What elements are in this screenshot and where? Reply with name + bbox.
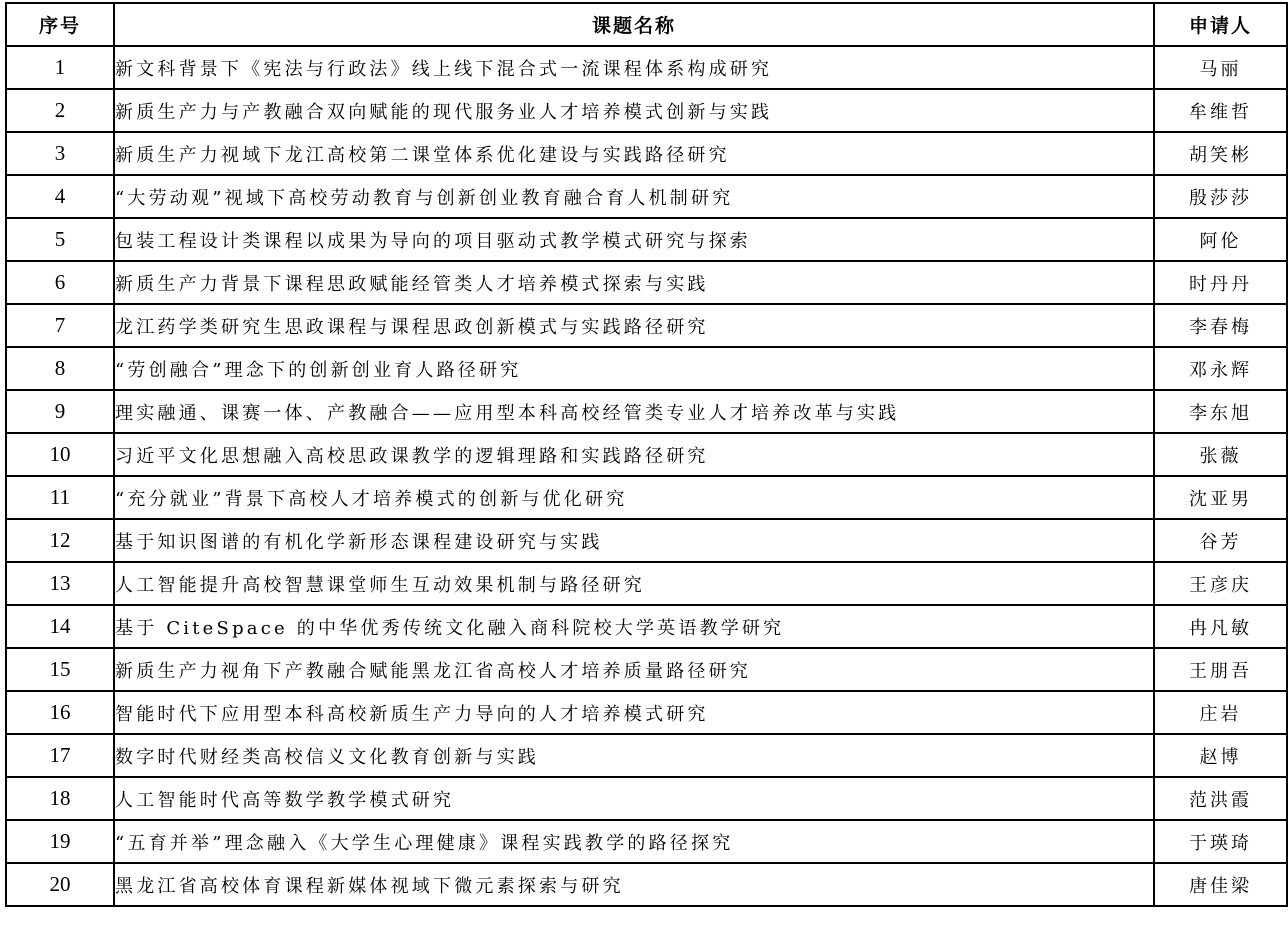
table-row: 1新文科背景下《宪法与行政法》线上线下混合式一流课程体系构成研究马丽 [6, 46, 1287, 89]
table-row: 5包装工程设计类课程以成果为导向的项目驱动式教学模式研究与探索阿伦 [6, 218, 1287, 261]
row-number: 1 [6, 46, 114, 89]
applicant-name: 时丹丹 [1154, 261, 1287, 304]
table-row: 20黑龙江省高校体育课程新媒体视域下微元素探索与研究唐佳梁 [6, 863, 1287, 906]
applicant-name: 张薇 [1154, 433, 1287, 476]
header-row: 序号 课题名称 申请人 [6, 3, 1287, 46]
project-title: 新文科背景下《宪法与行政法》线上线下混合式一流课程体系构成研究 [114, 46, 1154, 89]
table-row: 14基于 CiteSpace 的中华优秀传统文化融入商科院校大学英语教学研究冉凡… [6, 605, 1287, 648]
applicant-name: 李东旭 [1154, 390, 1287, 433]
project-title: 新质生产力视域下龙江高校第二课堂体系优化建设与实践路径研究 [114, 132, 1154, 175]
project-title: 智能时代下应用型本科高校新质生产力导向的人才培养模式研究 [114, 691, 1154, 734]
table-row: 4“大劳动观”视域下高校劳动教育与创新创业教育融合育人机制研究殷莎莎 [6, 175, 1287, 218]
project-title: 新质生产力背景下课程思政赋能经管类人才培养模式探索与实践 [114, 261, 1154, 304]
row-number: 2 [6, 89, 114, 132]
project-title: 龙江药学类研究生思政课程与课程思政创新模式与实践路径研究 [114, 304, 1154, 347]
project-title: 包装工程设计类课程以成果为导向的项目驱动式教学模式研究与探索 [114, 218, 1154, 261]
table-row: 10习近平文化思想融入高校思政课教学的逻辑理路和实践路径研究张薇 [6, 433, 1287, 476]
applicant-name: 沈亚男 [1154, 476, 1287, 519]
row-number: 18 [6, 777, 114, 820]
project-title: 新质生产力与产教融合双向赋能的现代服务业人才培养模式创新与实践 [114, 89, 1154, 132]
applicant-name: 唐佳梁 [1154, 863, 1287, 906]
project-title: “大劳动观”视域下高校劳动教育与创新创业教育融合育人机制研究 [114, 175, 1154, 218]
table-row: 15新质生产力视角下产教融合赋能黑龙江省高校人才培养质量路径研究王朋吾 [6, 648, 1287, 691]
row-number: 15 [6, 648, 114, 691]
row-number: 12 [6, 519, 114, 562]
table-row: 19“五育并举”理念融入《大学生心理健康》课程实践教学的路径探究于瑛琦 [6, 820, 1287, 863]
row-number: 7 [6, 304, 114, 347]
applicant-name: 邓永辉 [1154, 347, 1287, 390]
row-number: 20 [6, 863, 114, 906]
applicant-name: 王彦庆 [1154, 562, 1287, 605]
project-title: 人工智能时代高等数学教学模式研究 [114, 777, 1154, 820]
row-number: 9 [6, 390, 114, 433]
applicant-name: 冉凡敏 [1154, 605, 1287, 648]
applicant-name: 赵博 [1154, 734, 1287, 777]
applicant-name: 阿伦 [1154, 218, 1287, 261]
table-row: 6新质生产力背景下课程思政赋能经管类人才培养模式探索与实践时丹丹 [6, 261, 1287, 304]
table-row: 16智能时代下应用型本科高校新质生产力导向的人才培养模式研究庄岩 [6, 691, 1287, 734]
table-header: 序号 课题名称 申请人 [6, 3, 1287, 46]
row-number: 3 [6, 132, 114, 175]
row-number: 10 [6, 433, 114, 476]
applicant-name: 范洪霞 [1154, 777, 1287, 820]
applicant-name: 马丽 [1154, 46, 1287, 89]
table-row: 17数字时代财经类高校信义文化教育创新与实践赵博 [6, 734, 1287, 777]
row-number: 4 [6, 175, 114, 218]
applicant-name: 王朋吾 [1154, 648, 1287, 691]
project-title: “五育并举”理念融入《大学生心理健康》课程实践教学的路径探究 [114, 820, 1154, 863]
row-number: 19 [6, 820, 114, 863]
table-row: 7龙江药学类研究生思政课程与课程思政创新模式与实践路径研究李春梅 [6, 304, 1287, 347]
project-title: 新质生产力视角下产教融合赋能黑龙江省高校人才培养质量路径研究 [114, 648, 1154, 691]
project-title: 基于知识图谱的有机化学新形态课程建设研究与实践 [114, 519, 1154, 562]
project-title: 习近平文化思想融入高校思政课教学的逻辑理路和实践路径研究 [114, 433, 1154, 476]
project-title: “劳创融合”理念下的创新创业育人路径研究 [114, 347, 1154, 390]
table-row: 12基于知识图谱的有机化学新形态课程建设研究与实践谷芳 [6, 519, 1287, 562]
applicant-name: 殷莎莎 [1154, 175, 1287, 218]
table-row: 18人工智能时代高等数学教学模式研究范洪霞 [6, 777, 1287, 820]
row-number: 5 [6, 218, 114, 261]
row-number: 13 [6, 562, 114, 605]
project-title: 理实融通、课赛一体、产教融合——应用型本科高校经管类专业人才培养改革与实践 [114, 390, 1154, 433]
table-row: 8“劳创融合”理念下的创新创业育人路径研究邓永辉 [6, 347, 1287, 390]
table-row: 11“充分就业”背景下高校人才培养模式的创新与优化研究沈亚男 [6, 476, 1287, 519]
project-title: 人工智能提升高校智慧课堂师生互动效果机制与路径研究 [114, 562, 1154, 605]
row-number: 6 [6, 261, 114, 304]
row-number: 11 [6, 476, 114, 519]
header-applicant: 申请人 [1154, 3, 1287, 46]
table-body: 1新文科背景下《宪法与行政法》线上线下混合式一流课程体系构成研究马丽 2新质生产… [6, 46, 1287, 906]
applicant-name: 于瑛琦 [1154, 820, 1287, 863]
row-number: 8 [6, 347, 114, 390]
applicant-name: 谷芳 [1154, 519, 1287, 562]
table-row: 9理实融通、课赛一体、产教融合——应用型本科高校经管类专业人才培养改革与实践李东… [6, 390, 1287, 433]
table-row: 13人工智能提升高校智慧课堂师生互动效果机制与路径研究王彦庆 [6, 562, 1287, 605]
table-row: 3新质生产力视域下龙江高校第二课堂体系优化建设与实践路径研究胡笑彬 [6, 132, 1287, 175]
header-no: 序号 [6, 3, 114, 46]
applicant-name: 牟维哲 [1154, 89, 1287, 132]
applicant-name: 胡笑彬 [1154, 132, 1287, 175]
table-row: 2新质生产力与产教融合双向赋能的现代服务业人才培养模式创新与实践牟维哲 [6, 89, 1287, 132]
project-title: 数字时代财经类高校信义文化教育创新与实践 [114, 734, 1154, 777]
applicant-name: 庄岩 [1154, 691, 1287, 734]
project-list-table: 序号 课题名称 申请人 1新文科背景下《宪法与行政法》线上线下混合式一流课程体系… [5, 2, 1288, 907]
row-number: 17 [6, 734, 114, 777]
project-title: “充分就业”背景下高校人才培养模式的创新与优化研究 [114, 476, 1154, 519]
row-number: 14 [6, 605, 114, 648]
project-title: 基于 CiteSpace 的中华优秀传统文化融入商科院校大学英语教学研究 [114, 605, 1154, 648]
row-number: 16 [6, 691, 114, 734]
project-title: 黑龙江省高校体育课程新媒体视域下微元素探索与研究 [114, 863, 1154, 906]
header-title: 课题名称 [114, 3, 1154, 46]
applicant-name: 李春梅 [1154, 304, 1287, 347]
